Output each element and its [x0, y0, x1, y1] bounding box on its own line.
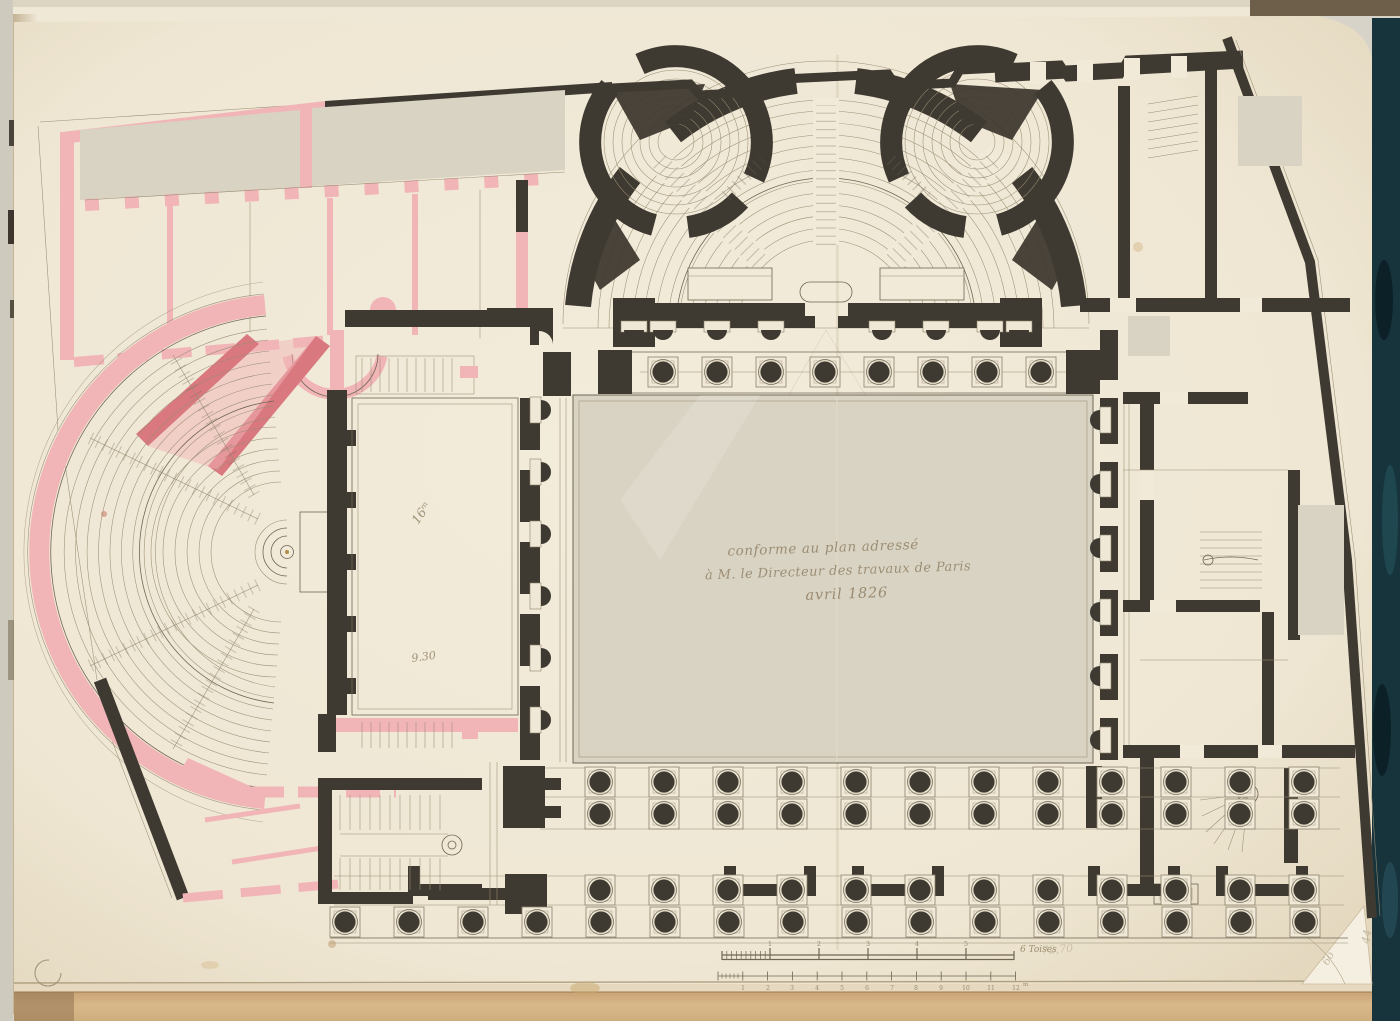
svg-text:5: 5 — [840, 985, 844, 992]
svg-text:4: 4 — [915, 940, 919, 948]
svg-text:7: 7 — [890, 985, 894, 992]
svg-text:3: 3 — [790, 985, 794, 992]
svg-text:11: 11 — [987, 985, 995, 992]
page-edges-bottom — [14, 981, 1372, 1021]
svg-text:2: 2 — [817, 940, 821, 948]
svg-text:1: 1 — [741, 985, 745, 992]
svg-text:8: 8 — [914, 985, 918, 992]
svg-text:9: 9 — [939, 985, 943, 992]
pencil-number: 72,70 — [1041, 942, 1073, 957]
svg-text:6: 6 — [865, 985, 869, 992]
floor-plan-drawing: conforme au plan adressé à M. le Directe… — [0, 0, 1400, 1021]
inscription-line-3: avril 1826 — [805, 585, 888, 604]
svg-text:12: 12 — [1012, 985, 1020, 992]
page-number: 44 — [1359, 928, 1374, 945]
metre-unit-label: m — [1023, 982, 1029, 988]
svg-text:1: 1 — [768, 940, 772, 948]
scanned-album-page: conforme au plan adressé à M. le Directe… — [0, 0, 1400, 1021]
svg-text:5: 5 — [964, 940, 968, 948]
courtyard — [560, 395, 1129, 763]
svg-text:3: 3 — [866, 940, 870, 948]
svg-text:4: 4 — [815, 985, 819, 992]
svg-text:10: 10 — [962, 985, 970, 992]
svg-text:2: 2 — [766, 985, 770, 992]
